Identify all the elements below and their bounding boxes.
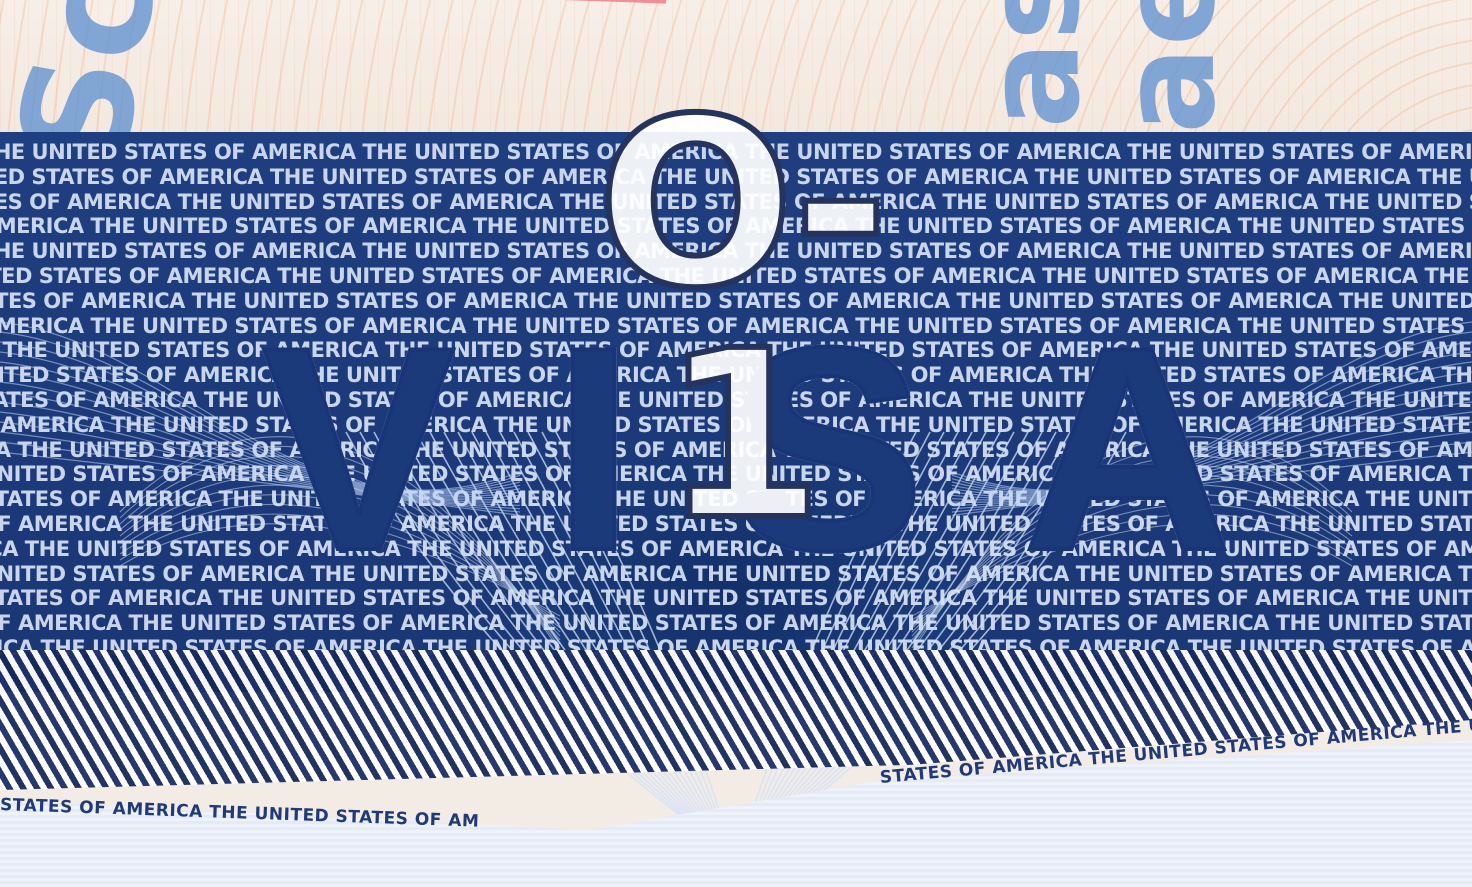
visa-letter: I bbox=[553, 304, 644, 594]
blue-stamp-fragment-right: as bbox=[957, 0, 1109, 129]
overlay-title: O-1 bbox=[520, 88, 960, 318]
blue-stamp-fragment-right-2: ae bbox=[1092, 0, 1244, 134]
visa-letter: A bbox=[1023, 304, 1242, 594]
visa-photo: Sc J as ae THE UNITED STATES OF AMERICA … bbox=[0, 0, 1472, 887]
visa-letter: V bbox=[262, 304, 465, 594]
